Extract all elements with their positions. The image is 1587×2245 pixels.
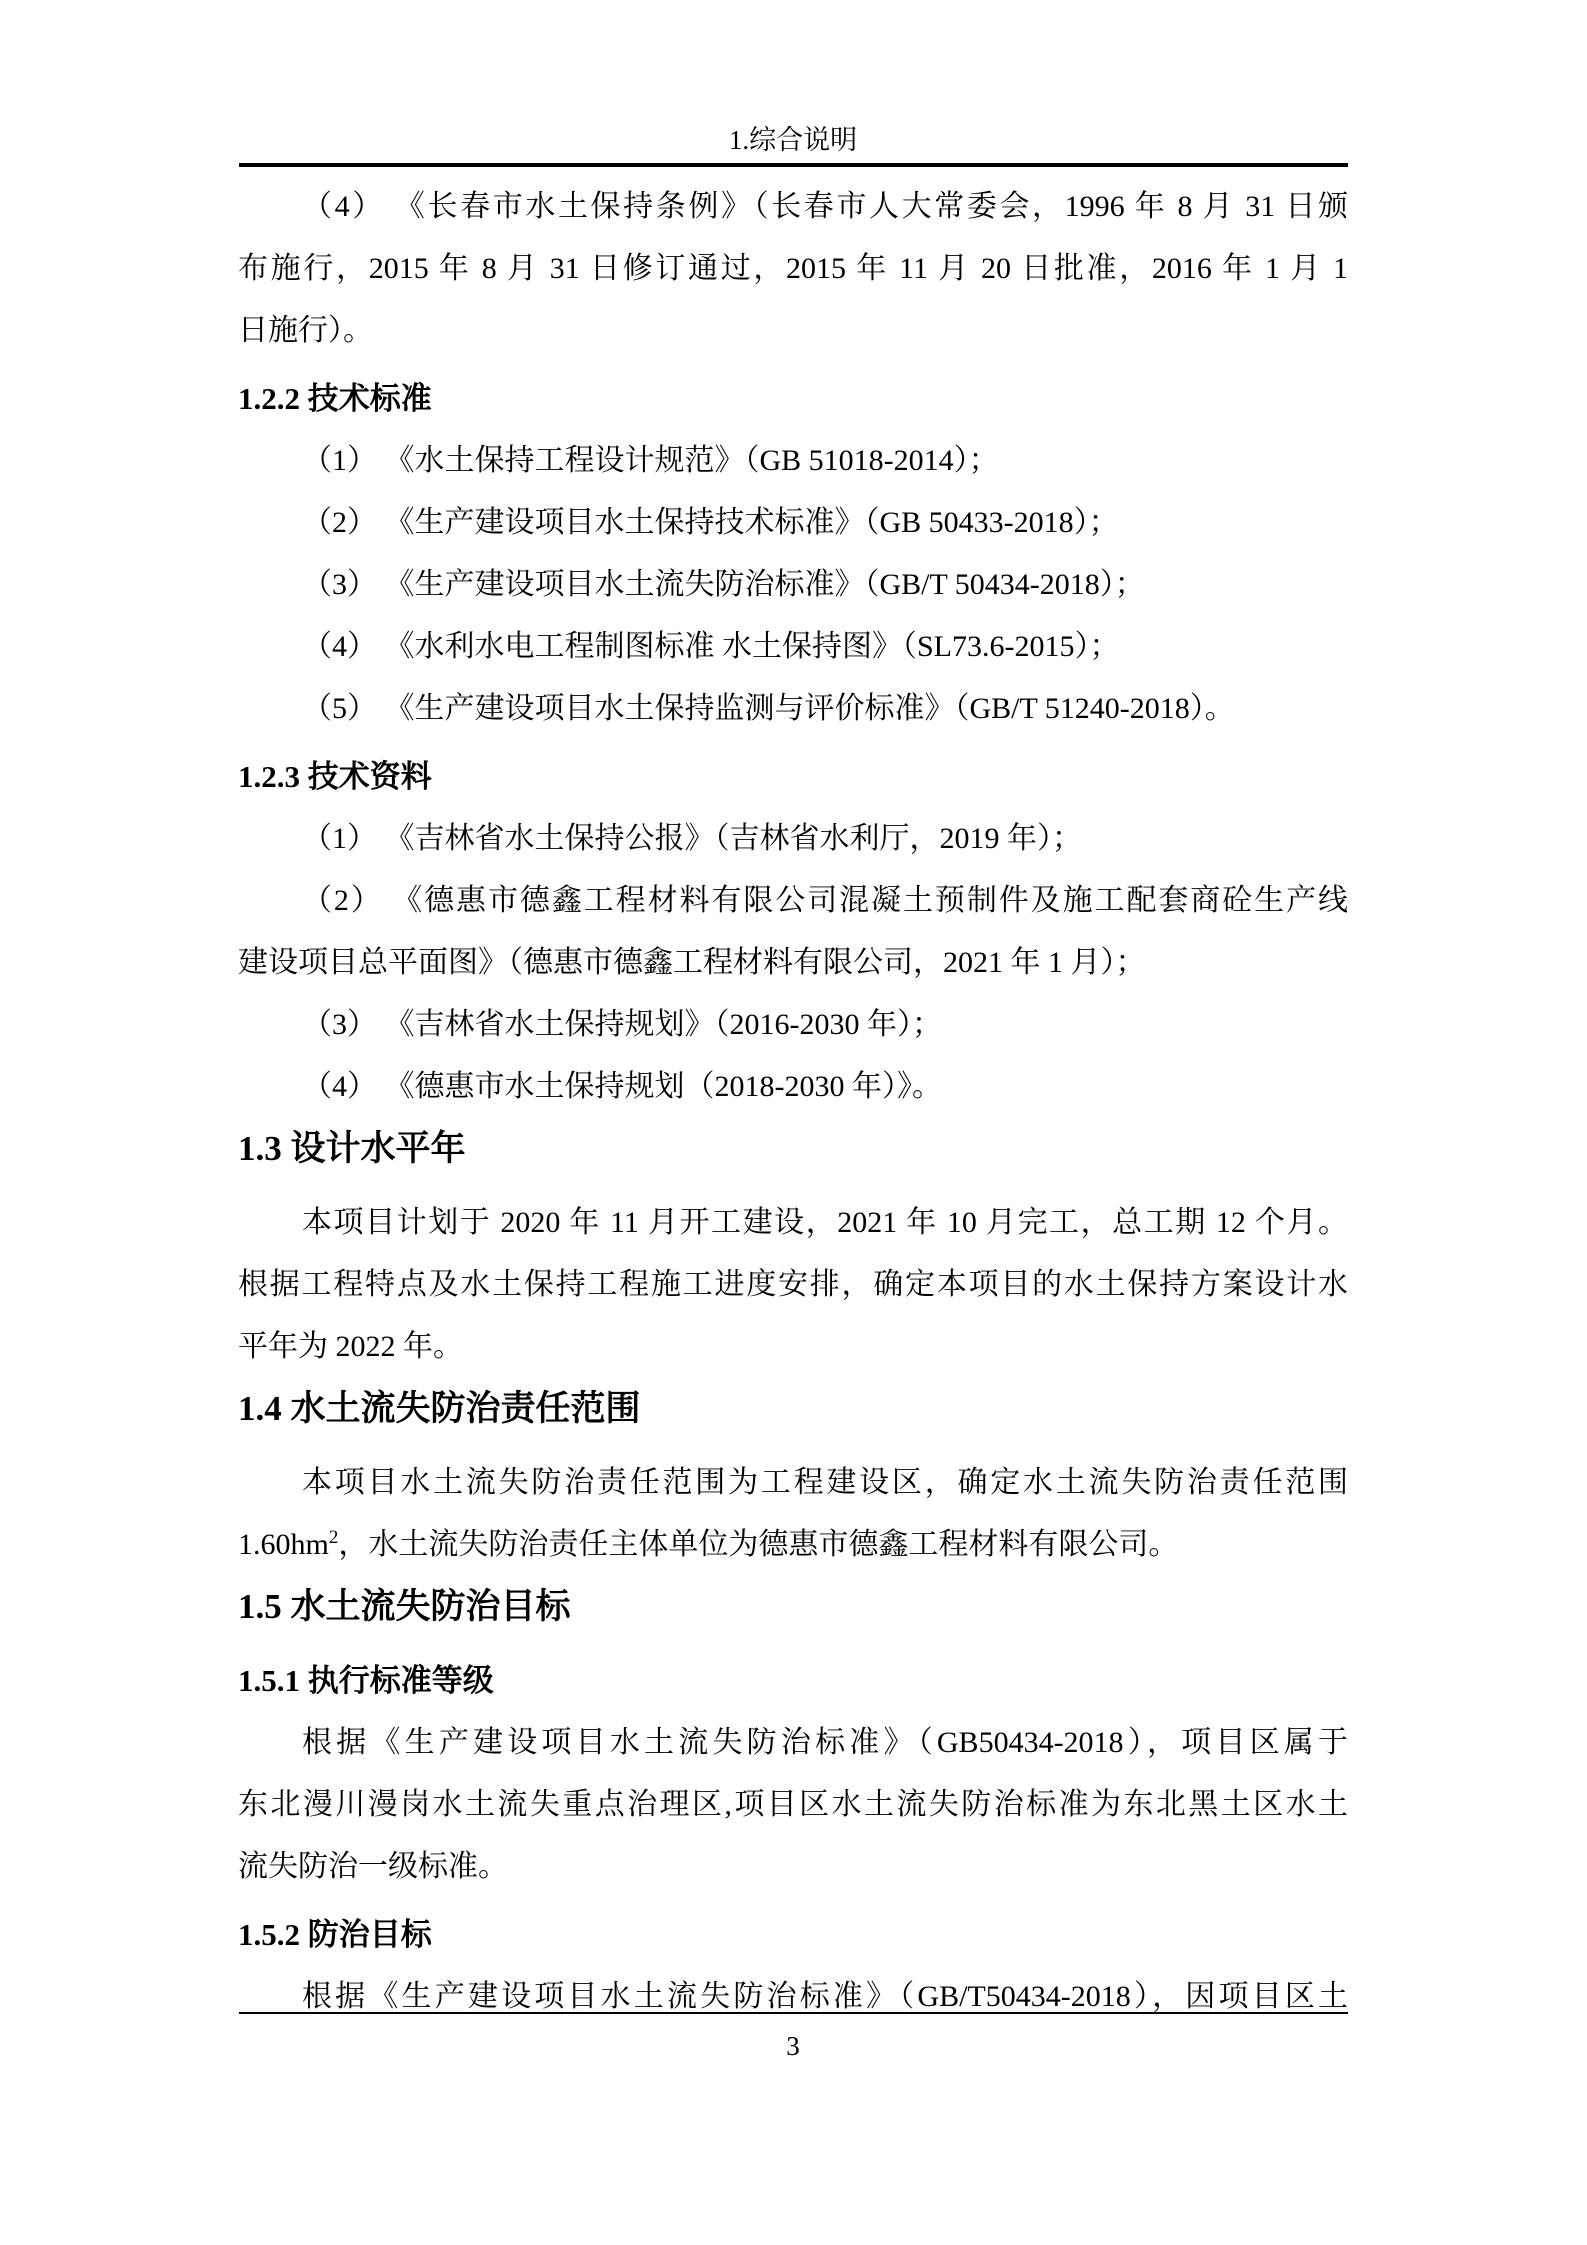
- body-line: 平年为 2022 年。: [238, 1316, 1348, 1378]
- section-heading-1-5-1: 1.5.1 执行标准等级: [238, 1650, 1348, 1712]
- body-line: （2） 《德惠市德鑫工程材料有限公司混凝土预制件及施工配套商砼生产线: [238, 870, 1348, 932]
- body-line: 根据工程特点及水土保持工程施工进度安排，确定本项目的水土保持方案设计水: [238, 1254, 1348, 1316]
- list-item: （5） 《生产建设项目水土保持监测与评价标准》（GB/T 51240-2018）…: [238, 678, 1348, 740]
- footer-rule: [239, 2012, 1348, 2014]
- document-body: （4） 《长春市水土保持条例》（长春市人大常委会，1996 年 8 月 31 日…: [238, 176, 1348, 2028]
- list-item: （1） 《水土保持工程设计规范》（GB 51018-2014）；: [238, 430, 1348, 492]
- page-header-title: 1.综合说明: [238, 120, 1348, 160]
- list-item: （4） 《水利水电工程制图标准 水土保持图》（SL73.6-2015）；: [238, 616, 1348, 678]
- body-text: ，水土流失防治责任主体单位为德惠市德鑫工程材料有限公司。: [338, 1528, 1178, 1561]
- list-item: （2） 《生产建设项目水土保持技术标准》（GB 50433-2018）；: [238, 492, 1348, 554]
- page-number: 3: [238, 2026, 1348, 2066]
- body-line: 根据《生产建设项目水土流失防治标准》（GB/T50434-2018），因项目区土: [238, 1966, 1348, 2028]
- body-line: 流失防治一级标准。: [238, 1836, 1348, 1898]
- section-heading-1-3: 1.3 设计水平年: [238, 1118, 1348, 1180]
- body-line: （4） 《长春市水土保持条例》（长春市人大常委会，1996 年 8 月 31 日…: [238, 176, 1348, 238]
- body-line: 布施行，2015 年 8 月 31 日修订通过，2015 年 11 月 20 日…: [238, 238, 1348, 300]
- body-line: 东北漫川漫岗水土流失重点治理区,项目区水土流失防治标准为东北黑土区水土: [238, 1774, 1348, 1836]
- header-rule: [239, 163, 1348, 167]
- list-item: （1） 《吉林省水土保持公报》（吉林省水利厅，2019 年）；: [238, 808, 1348, 870]
- body-line: 本项目计划于 2020 年 11 月开工建设，2021 年 10 月完工，总工期…: [238, 1192, 1348, 1254]
- list-item: （4） 《德惠市水土保持规划（2018-2030 年）》。: [238, 1056, 1348, 1118]
- section-heading-1-2-2: 1.2.2 技术标准: [238, 368, 1348, 430]
- body-text: 1.60hm: [238, 1528, 329, 1561]
- list-item: （3） 《吉林省水土保持规划》（2016-2030 年）；: [238, 994, 1348, 1056]
- section-heading-1-5: 1.5 水土流失防治目标: [238, 1576, 1348, 1638]
- document-page: 1.综合说明 （4） 《长春市水土保持条例》（长春市人大常委会，1996 年 8…: [0, 0, 1587, 2245]
- section-heading-1-2-3: 1.2.3 技术资料: [238, 746, 1348, 808]
- section-heading-1-4: 1.4 水土流失防治责任范围: [238, 1378, 1348, 1440]
- list-item: （3） 《生产建设项目水土流失防治标准》（GB/T 50434-2018）；: [238, 554, 1348, 616]
- body-line: 本项目水土流失防治责任范围为工程建设区，确定水土流失防治责任范围: [238, 1452, 1348, 1514]
- section-heading-1-5-2: 1.5.2 防治目标: [238, 1904, 1348, 1966]
- body-line: 根据《生产建设项目水土流失防治标准》（GB50434-2018），项目区属于: [238, 1712, 1348, 1774]
- superscript: 2: [329, 1527, 339, 1548]
- body-line: 1.60hm2，水土流失防治责任主体单位为德惠市德鑫工程材料有限公司。: [238, 1514, 1348, 1576]
- body-line: 日施行）。: [238, 300, 1348, 362]
- body-line: 建设项目总平面图》（德惠市德鑫工程材料有限公司，2021 年 1 月）；: [238, 932, 1348, 994]
